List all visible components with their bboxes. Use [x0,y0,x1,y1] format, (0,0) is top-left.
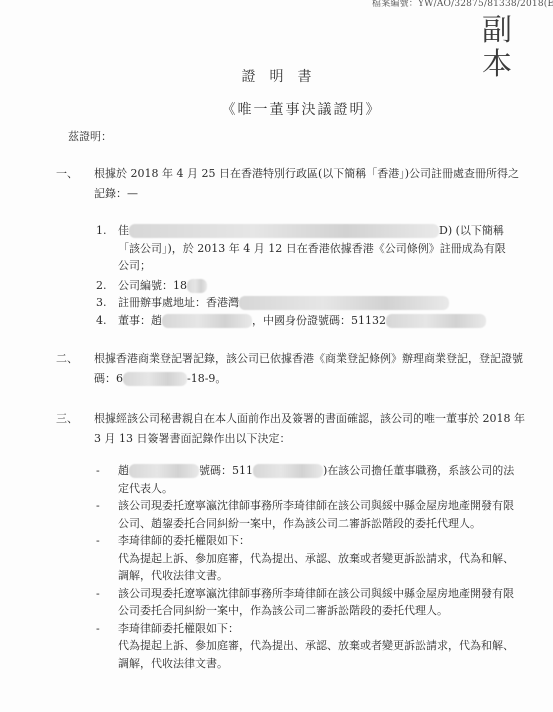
company-name-prefix: 佳 [118,224,129,237]
record-item-1: 1. 佳D) (以下簡稱「該公司」)，於 2013 年 4 月 12 日在香港依… [96,222,516,275]
item-number: 1. [96,222,107,240]
section-2: 二、 根據香港商業登記署記錄，該公司已依據香港《商業登記條例》辦理商業登記，登記… [56,349,526,389]
record-item-3: 3. 註冊辦事處地址：香港灣 [96,294,516,312]
document-subtitle: 《唯一董事決議證明》 [0,99,553,119]
resolution-item-5: - 李琦律師委托權限如下： 代為提起上訴、參加庭審，代為提出、承認、放棄或者變更… [96,620,516,673]
section-2-text: 根據香港商業登記署記錄，該公司已依據香港《商業登記條例》辦理商業登記，登記證號碼… [94,349,526,389]
section-1: 一、 根據於 2018 年 4 月 25 日在香港特別行政區(以下簡稱「香港」)… [56,164,526,204]
redacted-registration-number [123,372,187,386]
resolution-text: 李琦律師的委托權限如下： [118,532,516,550]
bullet: - [96,585,100,603]
redacted-company-name [129,224,439,238]
bullet: - [96,532,100,550]
item-number: 3. [96,294,107,312]
resolution-item-4: - 該公司現委托遼寧瀛沈律師事務所李琦律師在該公司與綏中縣金屋房地產開發有限公司… [96,585,516,620]
resolution-text: 該公司現委托遼寧瀛沈律師事務所李琦律師在該公司與綏中縣金屋房地產開發有限公司委托… [118,587,514,618]
id-number-label: ，中國身份證號碼：51132 [252,314,386,327]
section-1-text: 根據於 2018 年 4 月 25 日在香港特別行政區(以下簡稱「香港」)公司註… [94,164,526,204]
company-number-label: 公司編號：18 [118,279,187,292]
redacted-id [253,464,323,478]
file-reference-number: 檔案編號：YW/AO/32875/81338/2018(EH) [372,0,553,9]
redacted-director-name [162,314,252,328]
record-item-2: 2. 公司編號：18 [96,277,516,295]
resolution-list: - 趙號碼：511)在該公司擔任董事職務，系該公司的法定代表人。 - 該公司現委… [96,462,516,672]
item-number: 4. [96,312,107,330]
bullet: - [96,462,100,480]
company-record-list: 1. 佳D) (以下簡稱「該公司」)，於 2013 年 4 月 12 日在香港依… [96,222,516,329]
resolution-text: 李琦律師委托權限如下： [118,620,516,638]
registered-address-label: 註冊辦事處地址：香港灣 [118,296,239,309]
document-title: 證明書 [0,66,553,86]
redacted-company-number [187,279,207,293]
bullet: - [96,620,100,638]
section-2-number: 二、 [56,349,96,369]
id-number-label: 號碼：511 [199,464,253,477]
director-label: 董事：趙 [118,314,162,327]
item-number: 2. [96,277,107,295]
redacted-address [239,296,449,310]
bullet: - [96,497,100,515]
document-page: 檔案編號：YW/AO/32875/81338/2018(EH) 副 本 證明書 … [0,0,553,712]
resolution-text-start: 趙 [118,464,129,477]
resolution-item-1: - 趙號碼：511)在該公司擔任董事職務，系該公司的法定代表人。 [96,462,516,497]
section-3-number: 三、 [56,409,96,429]
registration-number-suffix: -18-9。 [187,372,226,385]
redacted-id-number [386,314,486,328]
intro-text: 茲證明： [68,128,112,144]
stamp-char-1: 副 [480,14,514,48]
authority-scope-text: 代為提起上訴、參加庭審，代為提出、承認、放棄或者變更訴訟請求，代為和解、調解，代… [118,550,516,585]
authority-scope-text: 代為提起上訴、參加庭審，代為提出、承認、放棄或者變更訴訟請求，代為和解、調解，代… [118,637,516,672]
redacted-name [129,464,199,478]
section-1-number: 一、 [56,164,96,184]
resolution-item-3: - 李琦律師的委托權限如下： 代為提起上訴、參加庭審，代為提出、承認、放棄或者變… [96,532,516,585]
section-3: 三、 根據經該公司秘書親自在本人面前作出及簽署的書面確認，該公司的唯一董事於 2… [56,409,526,449]
resolution-item-2: - 該公司現委托遼寧瀛沈律師事務所李琦律師在該公司與綏中縣金屋房地產開發有限公司… [96,497,516,532]
section-3-text: 根據經該公司秘書親自在本人面前作出及簽署的書面確認，該公司的唯一董事於 2018… [94,409,526,449]
resolution-text: 該公司現委托遼寧瀛沈律師事務所李琦律師在該公司與綏中縣金屋房地產開發有限公司、趙… [118,499,514,530]
record-item-4: 4. 董事：趙，中國身份證號碼：51132 [96,312,516,330]
